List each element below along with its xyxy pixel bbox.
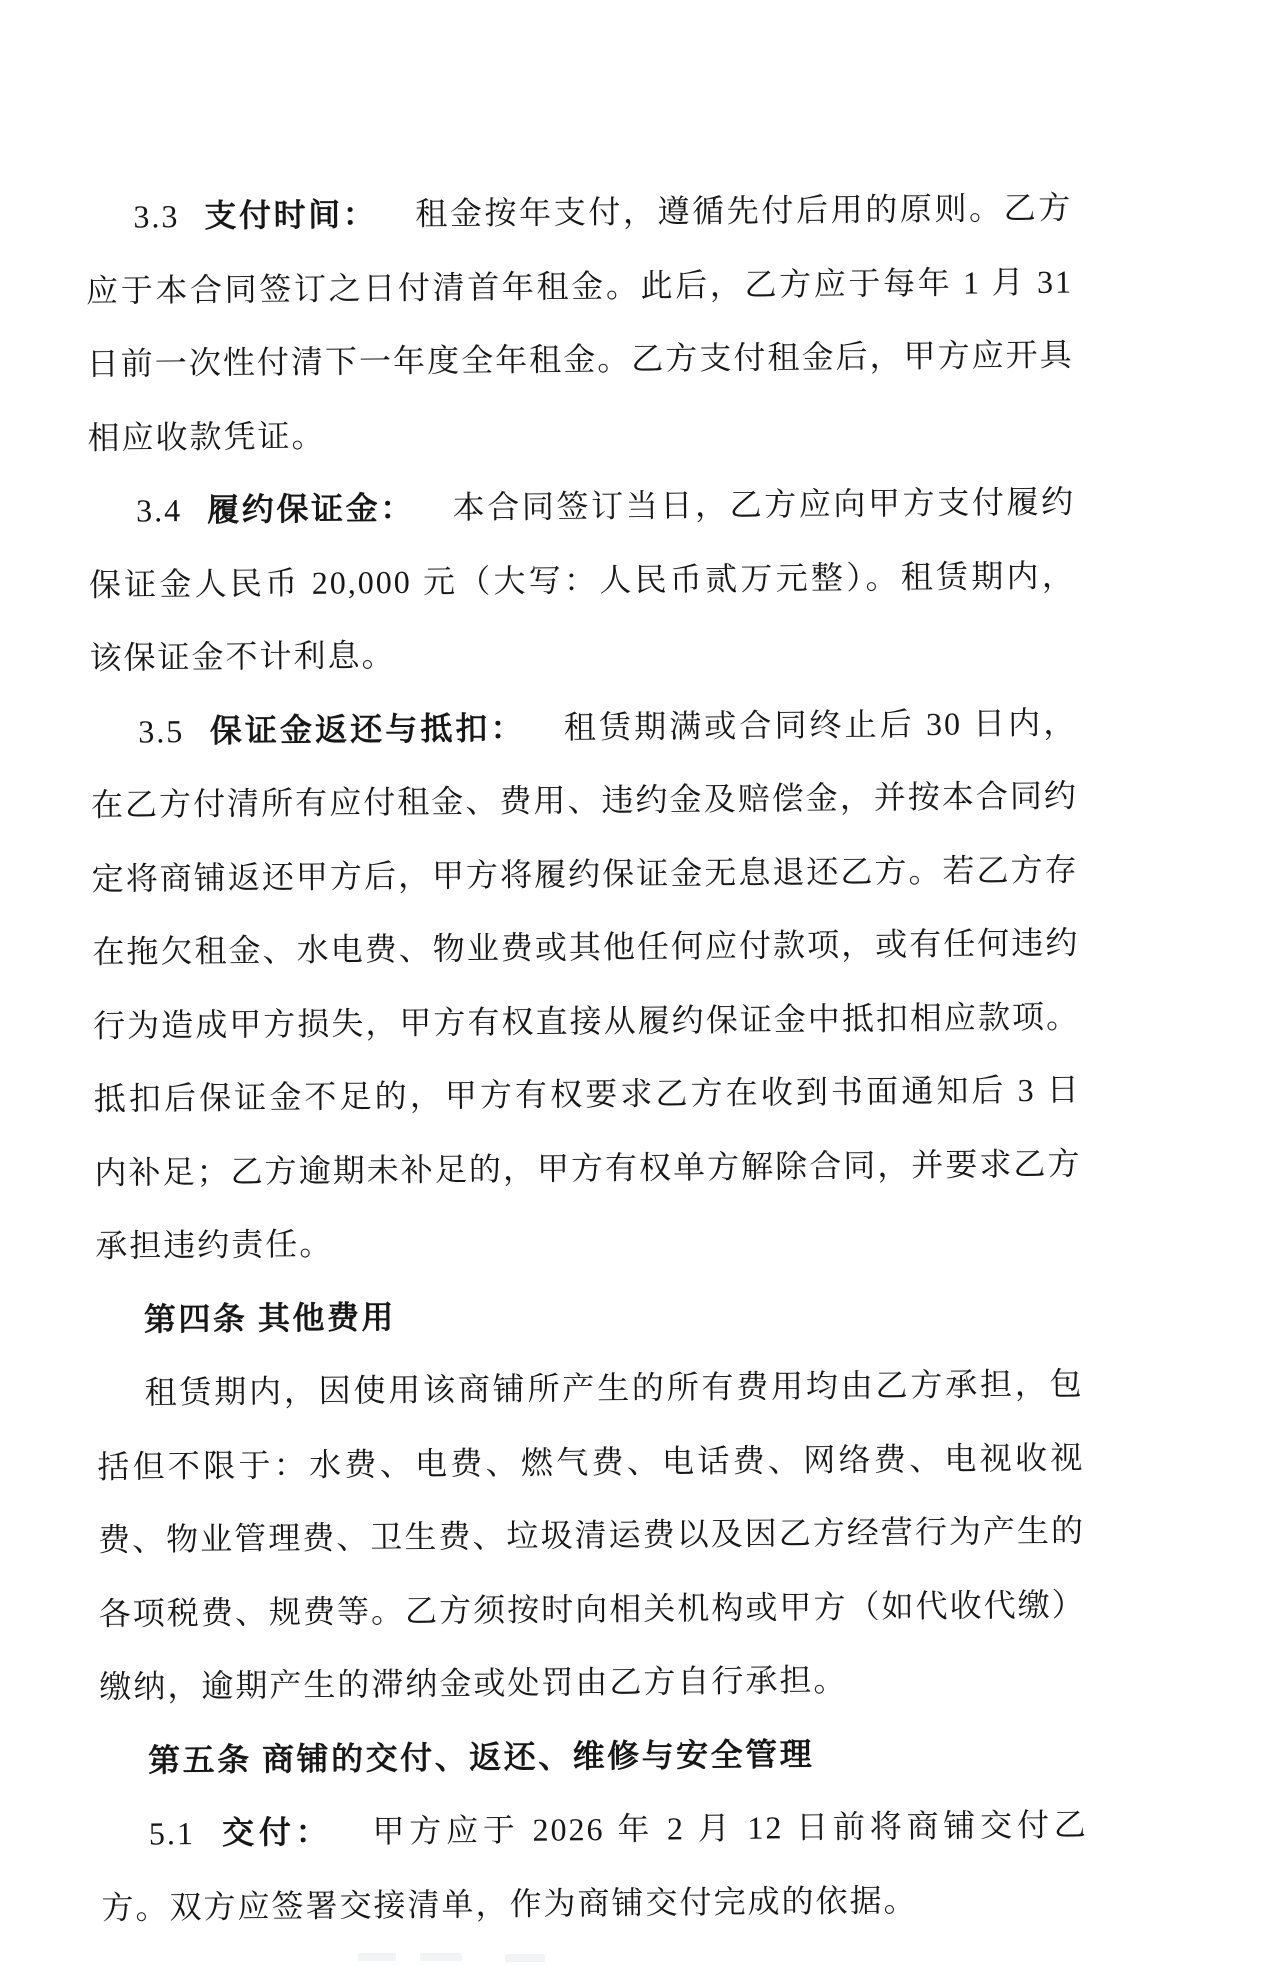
clause-number: 3.4 xyxy=(136,492,182,528)
article-5-heading: 第五条 商铺的交付、返还、维修与安全管理 xyxy=(100,1715,1088,1798)
clause-label: 履约保证金： xyxy=(207,490,415,528)
document-page: 3.3 支付时间： 租金按年支付，遵循先付后用的原则。乙方应于本合同签订之日付清… xyxy=(0,0,1280,1966)
contract-text-block: 3.3 支付时间： 租金按年支付，遵循先付后用的原则。乙方应于本合同签订之日付清… xyxy=(85,172,1089,1945)
cutoff-text-remnant xyxy=(420,1953,462,1961)
article-4-body: 租赁期内，因使用该商铺所产生的所有费用均由乙方承担，包括但不限于：水费、电费、燃… xyxy=(96,1347,1086,1724)
clause-3-5: 3.5 保证金返还与抵扣： 租赁期满或合同终止后 30 日内，在乙方付清所有应付… xyxy=(90,686,1083,1283)
clause-3-4: 3.4 履约保证金： 本合同签订当日，乙方应向甲方支付履约保证金人民币 20,0… xyxy=(88,466,1077,696)
clause-number: 3.3 xyxy=(133,198,179,234)
clause-3-3: 3.3 支付时间： 租金按年支付，遵循先付后用的原则。乙方应于本合同签订之日付清… xyxy=(85,172,1075,475)
cutoff-text-remnant xyxy=(505,1954,545,1962)
clause-label: 保证金返还与抵扣： xyxy=(210,709,526,748)
clause-number: 3.5 xyxy=(138,713,184,749)
clause-5-1: 5.1 交付： 甲方应于 2026 年 2 月 12 日前将商铺交付乙方。双方应… xyxy=(101,1788,1089,1944)
cutoff-text-remnant xyxy=(358,1953,396,1961)
clause-label: 支付时间： xyxy=(204,196,377,234)
clause-number: 5.1 xyxy=(149,1815,195,1851)
clause-text: 租赁期内，因使用该商铺所产生的所有费用均由乙方承担，包括但不限于：水费、电费、燃… xyxy=(97,1365,1086,1704)
article-4-heading: 第四条 其他费用 xyxy=(96,1274,1084,1357)
clause-label: 交付： xyxy=(222,1814,333,1851)
clause-text: 租赁期满或合同终止后 30 日内，在乙方付清所有应付租金、费用、违约金及赔偿金，… xyxy=(91,704,1082,1264)
